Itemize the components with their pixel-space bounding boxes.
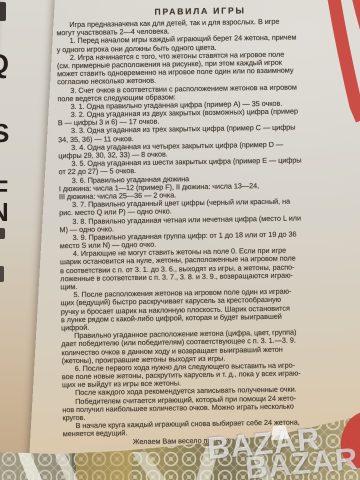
letter-fragment: [0, 2, 6, 21]
rules-lines: Игра предназначена как для детей, так и …: [56, 17, 351, 447]
letter-fragment: [0, 228, 5, 239]
letter-fragment: [0, 266, 4, 282]
cutoff-letter-q: Q: [0, 51, 9, 78]
cutoff-letter-s: S: [0, 120, 9, 146]
rules-text-block: ПРАВИЛА ИГРЫ Игра предназначена как для …: [56, 4, 351, 447]
rules-paper-sheet: QSFN ПРАВИЛА ИГРЫ Игра предназначена как…: [0, 0, 360, 480]
cutoff-letter-n: N: [0, 199, 9, 225]
photo-of-rules-sheet: QSFN ПРАВИЛА ИГРЫ Игра предназначена как…: [0, 0, 360, 480]
